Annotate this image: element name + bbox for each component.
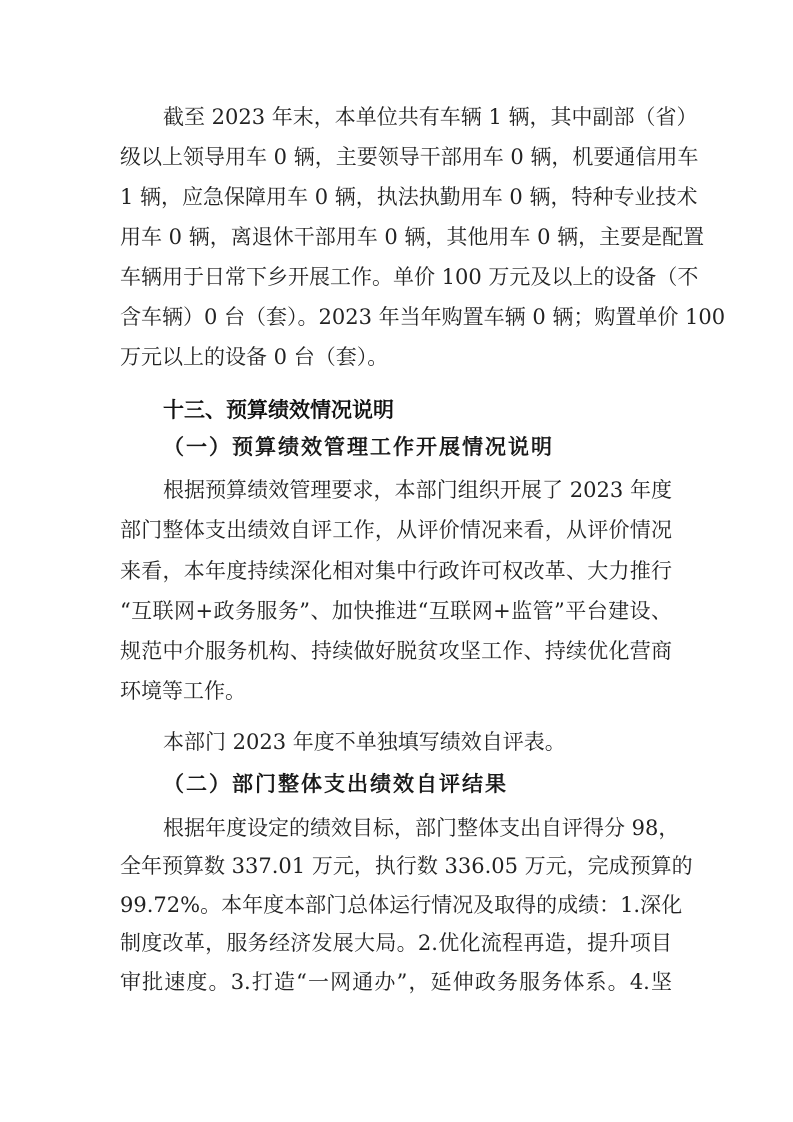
- section-heading: 十三、预算绩效情况说明: [163, 394, 394, 426]
- text-line: 审批速度。3.打造“一网通办”，延伸政务服务体系。4.坚: [120, 967, 672, 997]
- text-line: 车辆用于日常下乡开展工作。单价 100 万元及以上的设备（不: [120, 262, 672, 292]
- text-line: 级以上领导用车 0 辆，主要领导干部用车 0 辆，机要通信用车: [120, 142, 672, 172]
- text-line: 用车 0 辆，离退休干部用车 0 辆，其他用车 0 辆，主要是配置: [120, 222, 672, 252]
- text-line: “互联网+政务服务”、加快推进“互联网+监管”平台建设、: [120, 596, 672, 626]
- text-line: 含车辆）0 台（套）。2023 年当年购置车辆 0 辆；购置单价 100: [120, 302, 672, 332]
- text-line: 来看，本年度持续深化相对集中行政许可权改革、大力推行: [120, 556, 672, 586]
- text-line: 万元以上的设备 0 台（套）。: [120, 342, 672, 372]
- text-line: 99.72%。本年度本部门总体运行情况及取得的成绩：1.深化: [120, 890, 672, 920]
- text-line: 根据年度设定的绩效目标，部门整体支出自评得分 98，: [163, 813, 672, 843]
- subsection-heading: （一）预算绩效管理工作开展情况说明: [163, 431, 554, 463]
- text-line: 规范中介服务机构、持续做好脱贫攻坚工作、持续优化营商: [120, 636, 672, 666]
- text-line: 根据预算绩效管理要求，本部门组织开展了 2023 年度: [163, 475, 672, 505]
- text-line: 制度改革，服务经济发展大局。2.优化流程再造，提升项目: [120, 928, 672, 958]
- text-line: 部门整体支出绩效自评工作，从评价情况来看，从评价情况: [120, 515, 672, 545]
- subsection-heading: （二）部门整体支出绩效自评结果: [163, 768, 508, 800]
- text-line: 1 辆，应急保障用车 0 辆，执法执勤用车 0 辆，特种专业技术: [120, 182, 672, 212]
- text-line: 环境等工作。: [120, 676, 672, 706]
- text-line: 全年预算数 337.01 万元，执行数 336.05 万元，完成预算的: [120, 851, 672, 881]
- text-line: 本部门 2023 年度不单独填写绩效自评表。: [163, 727, 672, 757]
- text-line: 截至 2023 年末，本单位共有车辆 1 辆，其中副部（省）: [163, 102, 672, 132]
- document-page: 截至 2023 年末，本单位共有车辆 1 辆，其中副部（省） 级以上领导用车 0…: [0, 0, 793, 1122]
